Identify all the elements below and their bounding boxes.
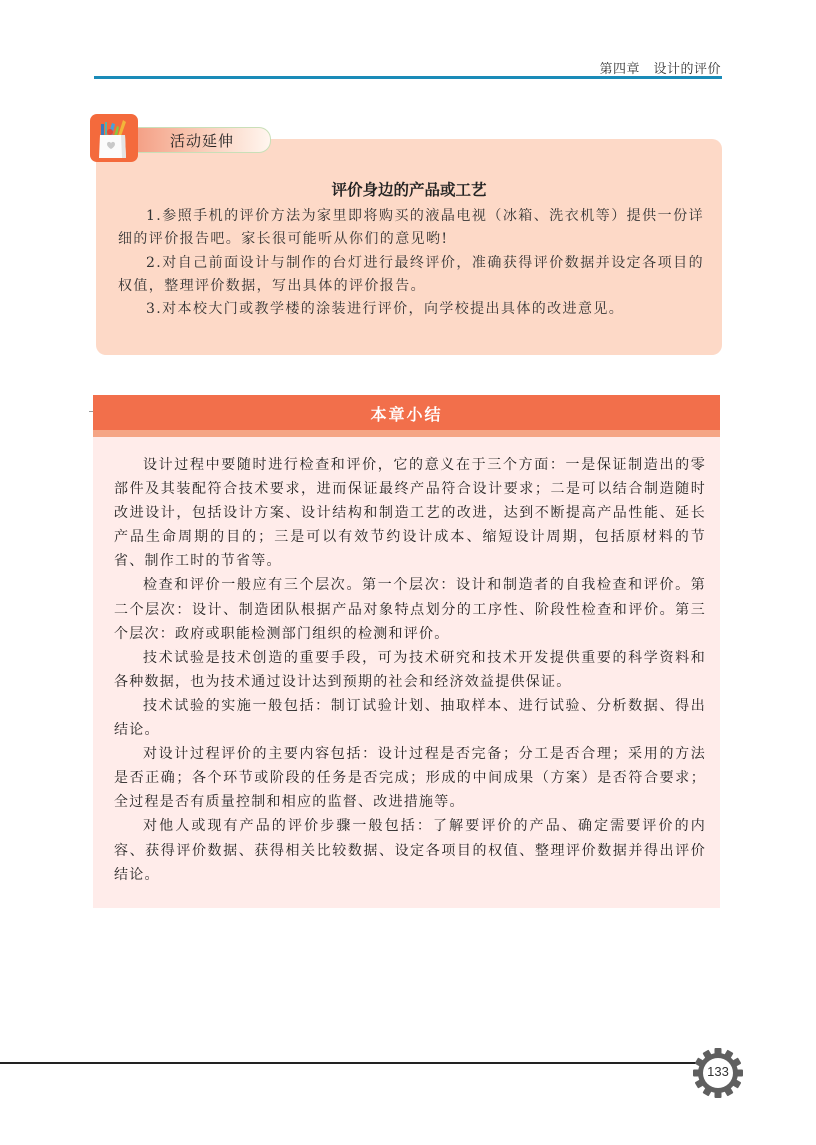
summary-paragraph: 技术试验的实施一般包括：制订试验计划、抽取样本、进行试验、分析数据、得出结论。 — [114, 694, 706, 742]
footer-divider — [0, 1062, 700, 1064]
summary-paragraph: 技术试验是技术创造的重要手段，可为技术研究和技术开发提供重要的科学资料和各种数据… — [114, 646, 706, 694]
activity-item: 3.对本校大门或教学楼的涂装进行评价，向学校提出具体的改进意见。 — [118, 298, 704, 321]
header-divider — [94, 76, 722, 79]
activity-item: 2.对自己前面设计与制作的台灯进行最终评价，准确获得评价数据并设定各项目的权值，… — [118, 252, 704, 299]
activity-title: 评价身边的产品或工艺 — [96, 178, 722, 200]
summary-paragraph: 对他人或现有产品的评价步骤一般包括：了解要评价的产品、确定需要评价的内容、获得评… — [114, 814, 706, 886]
summary-paragraph: 检查和评价一般应有三个层次。第一个层次：设计和制造者的自我检查和评价。第二个层次… — [114, 573, 706, 645]
summary-title: 本章小结 — [93, 402, 720, 425]
chapter-header-title: 第四章 设计的评价 — [599, 58, 721, 77]
page-number: 133 — [693, 1064, 743, 1079]
summary-header-band — [93, 430, 720, 437]
summary-paragraph: 设计过程中要随时进行检查和评价，它的意义在于三个方面：一是保证制造出的零部件及其… — [114, 453, 706, 573]
activity-body: 1.参照手机的评价方法为家里即将购买的液晶电视（冰箱、洗衣机等）提供一份详细的评… — [118, 205, 704, 321]
summary-paragraph: 对设计过程评价的主要内容包括：设计过程是否完备；分工是否合理；采用的方法是否正确… — [114, 742, 706, 814]
summary-body: 设计过程中要随时进行检查和评价，它的意义在于三个方面：一是保证制造出的零部件及其… — [114, 453, 706, 887]
activity-tab-label: 活动延伸 — [170, 130, 234, 151]
activity-item: 1.参照手机的评价方法为家里即将购买的液晶电视（冰箱、洗衣机等）提供一份详细的评… — [118, 205, 704, 252]
shopping-bag-icon — [90, 114, 138, 162]
